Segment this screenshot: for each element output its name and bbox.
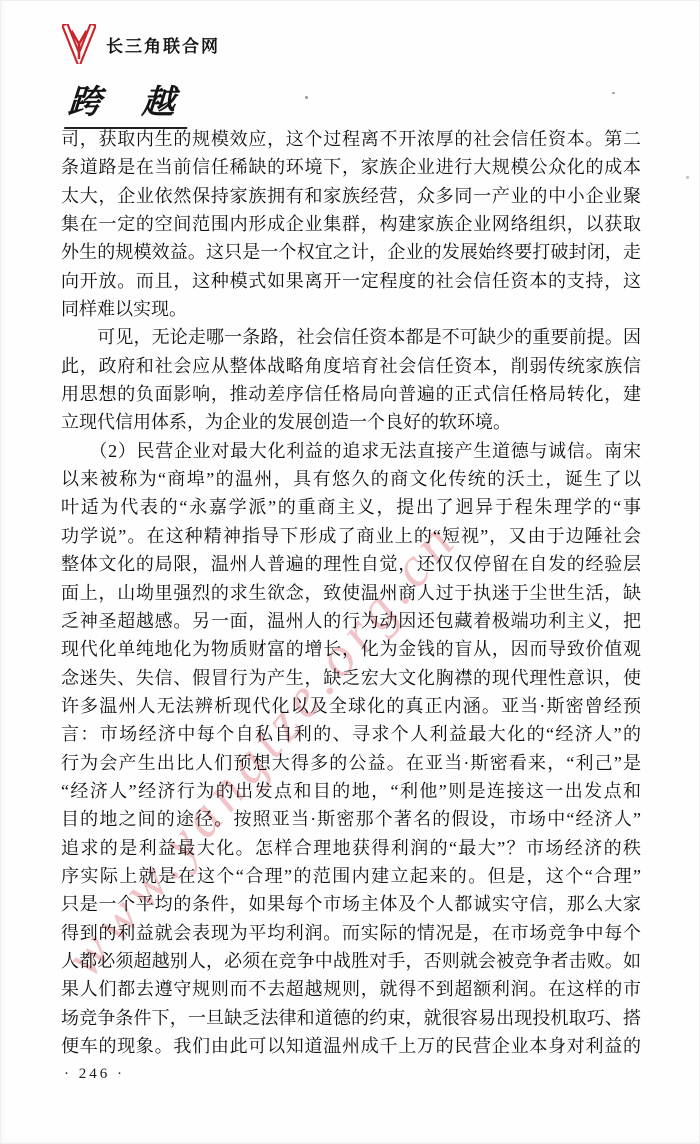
text-line: “经济人”经济行为的出发点和目的地，“利他”则是连接这一出发点和 — [61, 777, 641, 805]
text-line: 司，获取内生的规模效应，这个过程离不开浓厚的社会信任资本。第二 — [61, 125, 641, 153]
text-line: （2）民营企业对最大化利益的追求无法直接产生道德与诚信。南宋 — [61, 437, 641, 465]
page-number: · 246 · — [64, 1066, 125, 1083]
text-line: 同样难以实现。 — [61, 295, 641, 323]
text-line: 果人们都去遵守规则而不去超越规则，就得不到超额利润。在这样的市 — [61, 975, 641, 1003]
site-header: 长三角联合网 — [62, 24, 220, 64]
page-title: 跨 越 — [64, 76, 191, 129]
text-line: 便车的现象。我们由此可以知道温州成千上万的民营企业本身对利益的 — [61, 1032, 641, 1060]
text-line: 外生的规模效益。这只是一个权宜之计，企业的发展始终要打破封闭，走 — [61, 238, 641, 266]
text-line: 可见，无论走哪一条路，社会信任资本都是不可缺少的重要前提。因 — [61, 323, 641, 351]
text-line: 叶适为代表的“永嘉学派”的重商主义，提出了迥异于程朱理学的“事 — [61, 493, 641, 521]
text-line: 只是一个平均的条件，如果每个市场主体及个人都诚实守信，那么大家 — [61, 890, 641, 918]
text-line: 功学说”。在这种精神指导下形成了商业上的“短视”，又由于边陲社会 — [61, 522, 641, 550]
text-line: 言：市场经济中每个自私自利的、寻求个人利益最大化的“经济人”的 — [61, 720, 641, 748]
text-line: 追求的是利益最大化。怎样合理地获得利润的“最大”？市场经济的秩 — [61, 834, 641, 862]
text-line: 立现代信用体系，为企业的发展创造一个良好的软环境。 — [61, 408, 641, 436]
text-line: 行为会产生出比人们预想大得多的公益。在亚当·斯密看来，“利己”是 — [61, 749, 641, 777]
text-line: 念迷失、失信、假冒行为产生，缺乏宏大文化胸襟的现代理性意识，使 — [61, 664, 641, 692]
text-line: 序实际上就是在这个“合理”的范围内建立起来的。但是，这个“合理” — [61, 862, 641, 890]
text-line: 许多温州人无法辨析现代化以及全球化的真正内涵。亚当·斯密曾经预 — [61, 692, 641, 720]
text-line: 乏神圣超越感。另一面，温州人的行为动因还包藏着极端功利主义，把 — [61, 607, 641, 635]
text-line: 条道路是在当前信任稀缺的环境下，家族企业进行大规模公众化的成本 — [61, 153, 641, 181]
scan-speck — [305, 96, 308, 99]
document-page: 长三角联合网 跨 越 www.yangtze.org.cn 司，获取内生的规模效… — [0, 0, 700, 1144]
text-line: 向开放。而且，这种模式如果离开一定程度的社会信任资本的支持，这 — [61, 267, 641, 295]
text-line: 太大，企业依然保持家族拥有和家族经营，众多同一产业的中小企业聚 — [61, 182, 641, 210]
text-line: 此，政府和社会应从整体战略角度培育社会信任资本，削弱传统家族信 — [61, 352, 641, 380]
text-line: 人都必须超越别人，必须在竞争中战胜对手，否则就会被竞争者击败。如 — [61, 947, 641, 975]
text-line: 面上，山坳里强烈的求生欲念，致使温州商人过于执迷于尘世生活，缺 — [61, 579, 641, 607]
text-line: 用思想的负面影响，推动差序信任格局向普遍的正式信任格局转化，建 — [61, 380, 641, 408]
site-logo-icon — [62, 24, 96, 64]
scan-speck — [612, 92, 615, 94]
text-line: 目的地之间的途径。按照亚当·斯密那个著名的假设，市场中“经济人” — [61, 805, 641, 833]
text-line: 以来被称为“商埠”的温州，具有悠久的商文化传统的沃土，诞生了以 — [61, 465, 641, 493]
text-line: 得到的利益就会表现为平均利润。而实际的情况是，在市场竞争中每个 — [61, 919, 641, 947]
text-line: 场竞争条件下，一旦缺乏法律和道德的约束，就很容易出现投机取巧、搭 — [61, 1004, 641, 1032]
text-line: 现代化单纯地化为物质财富的增长，化为金钱的盲从，因而导致价值观 — [61, 635, 641, 663]
site-name: 长三角联合网 — [106, 32, 220, 57]
scan-speck — [686, 176, 689, 179]
text-line: 整体文化的局限，温州人普遍的理性自觉，还仅仅停留在自发的经验层 — [61, 550, 641, 578]
body-text: 司，获取内生的规模效应，这个过程离不开浓厚的社会信任资本。第二条道路是在当前信任… — [61, 125, 641, 1060]
text-line: 集在一定的空间范围内形成企业集群，构建家族企业网络组织，以获取 — [61, 210, 641, 238]
